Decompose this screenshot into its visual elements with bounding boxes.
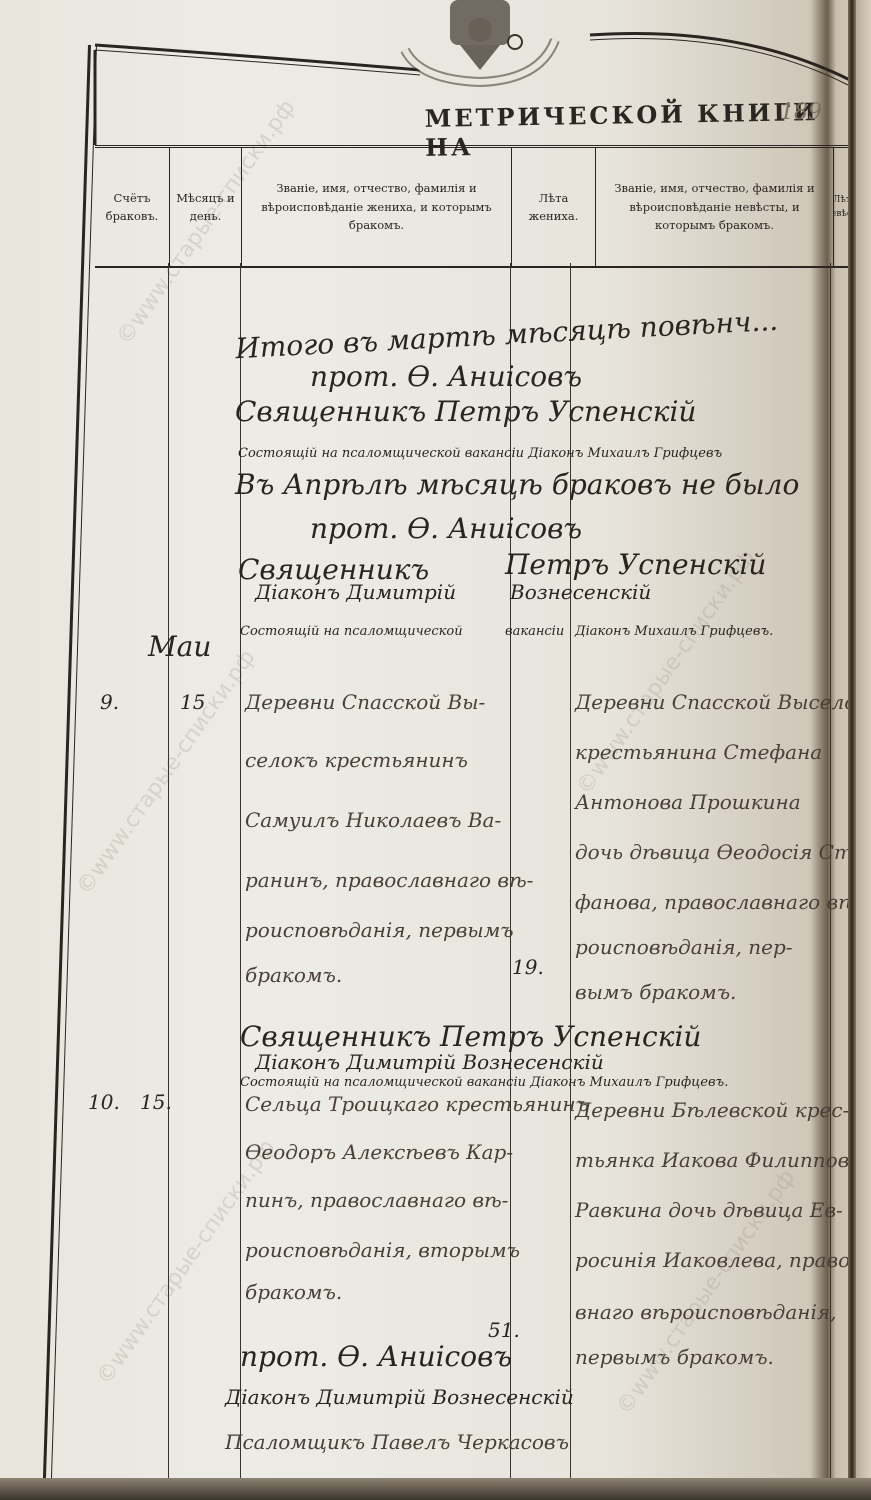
- signature-deacon: Состоящій на псаломщической вакансіи Діа…: [238, 446, 722, 461]
- groom-line: бракомъ.: [245, 1280, 342, 1304]
- bride-line: Деревни Бѣлевской крес-: [575, 1098, 849, 1122]
- bride-line: Деревни Спасской Выселокъ: [575, 690, 871, 714]
- facing-page-edge: [856, 0, 871, 1500]
- bride-line: роисповѣданія, пер-: [575, 935, 793, 959]
- bride-line: первымъ бракомъ.: [575, 1345, 774, 1369]
- signature-archpriest: прот. Ѳ. Аниісовъ: [310, 360, 582, 393]
- col-header-groom: Званіе, имя, отчество, фамилія и вѣроисп…: [242, 148, 512, 266]
- month-label: Маи: [148, 630, 211, 663]
- col-header-month-day: Мѣсяцъ и день.: [170, 148, 242, 266]
- book-spine: [848, 0, 856, 1500]
- signature-archpriest: прот. Ѳ. Аниісовъ: [240, 1340, 512, 1373]
- april-total-note: Въ Апрѣлѣ мѣсяцѣ браковъ не было: [235, 468, 799, 501]
- bride-line: вымъ бракомъ.: [575, 980, 736, 1004]
- bride-line: Равкина дочь дѣвица Ев-: [575, 1198, 843, 1222]
- signature-deacon-title: Діаконъ Димитрій: [255, 580, 456, 604]
- bride-line: Антонова Прошкина: [575, 790, 801, 814]
- groom-line: бракомъ.: [245, 963, 342, 987]
- bride-line: фанова, православнаго вѣ-: [575, 890, 863, 914]
- signature-acting-psalmist: Состоящій на псаломщической: [240, 624, 463, 639]
- groom-line: роисповѣданія, вторымъ: [245, 1238, 520, 1262]
- col-header-groom-age: Лѣта жениха.: [512, 148, 596, 266]
- register-page: ©www.старые-списки.рф ©www.старые-списки…: [0, 0, 871, 1500]
- groom-line: Деревни Спасской Вы-: [245, 690, 485, 714]
- record-number: 10.: [88, 1090, 120, 1114]
- page-bottom-shadow: [0, 1478, 871, 1500]
- march-total-note: Итого въ мартѣ мѣсяцѣ повѣнч...: [235, 304, 779, 365]
- signature-acting-psalmist-vacancy: вакансіи: [505, 624, 564, 639]
- signature-acting-psalmist: Состоящій на псаломщической вакансіи Діа…: [240, 1075, 728, 1090]
- watermark: ©www.старые-списки.рф: [72, 646, 260, 900]
- groom-line: селокъ крестьянинъ: [245, 748, 468, 772]
- col-header-bride: Званіе, имя, отчество, фамилія и вѣроисп…: [596, 148, 834, 266]
- signature-deacon-name: Вознесенскій: [510, 580, 651, 604]
- record-day: 15: [180, 690, 205, 714]
- col-header-marriage-count: Счётъ браковъ.: [95, 148, 170, 266]
- signature-priest: Священникъ Петръ Успенскій: [240, 1020, 701, 1053]
- bride-line: дочь дѣвица Ѳеодосія Сте-: [575, 840, 871, 864]
- title-year-handwritten: 189: [780, 100, 822, 125]
- groom-age: 19.: [512, 955, 544, 979]
- groom-line: роисповѣданія, первымъ: [245, 918, 514, 942]
- record-day: 15.: [140, 1090, 172, 1114]
- signature-acting-psalmist-name: Діаконъ Михаилъ Грифцевъ.: [575, 624, 773, 639]
- imperial-eagle-crest-icon: [400, 0, 560, 90]
- bride-line: тьянка Иакова Филиппова: [575, 1148, 861, 1172]
- column-divider: [168, 263, 169, 1483]
- groom-line: Сельца Троицкаго крестьянинъ: [245, 1092, 589, 1116]
- signature-archpriest: прот. Ѳ. Аниісовъ: [310, 512, 582, 545]
- table-header: Счётъ браковъ. Мѣсяцъ и день. Званіе, им…: [95, 145, 855, 268]
- groom-line: ранинъ, православнаго вѣ-: [245, 868, 533, 892]
- signature-deacon: Діаконъ Димитрій Вознесенскій: [255, 1050, 604, 1074]
- groom-line: Ѳеодоръ Алексѣевъ Кар-: [245, 1140, 513, 1164]
- page-border: [43, 45, 97, 1485]
- signature-priest-name: Петръ Успенскій: [505, 548, 766, 581]
- record-number: 9.: [100, 690, 119, 714]
- bride-line: росинія Иаковлева, правосла-: [575, 1248, 871, 1272]
- groom-age: 51.: [488, 1318, 520, 1342]
- bride-line: крестьянина Стефана: [575, 740, 822, 764]
- signature-psalmist: Псаломщикъ Павелъ Черкасовъ: [225, 1430, 569, 1454]
- signature-priest: Священникъ Петръ Успенскій: [235, 395, 696, 428]
- bride-line: внаго вѣроисповѣданія,: [575, 1300, 836, 1324]
- groom-line: пинъ, православнаго вѣ-: [245, 1188, 508, 1212]
- signature-deacon: Діаконъ Димитрій Вознесенскій: [225, 1385, 574, 1409]
- groom-line: Самуилъ Николаевъ Ва-: [245, 808, 501, 832]
